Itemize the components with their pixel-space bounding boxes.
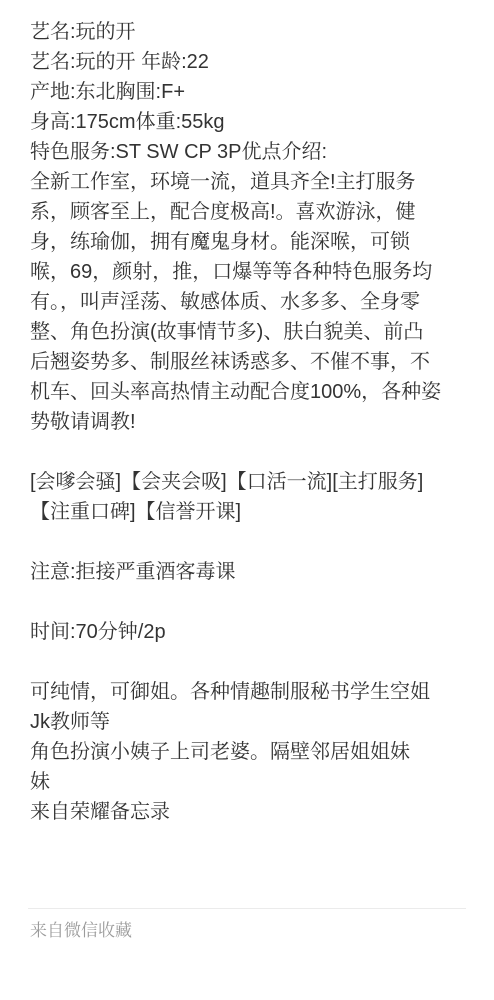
note-line: 身，练瑜伽，拥有魔鬼身材。能深喉，可锁	[30, 227, 472, 257]
note-line: 势敬请调教!	[30, 407, 472, 437]
note-line: 艺名:玩的开 年龄:22	[30, 47, 472, 77]
note-line	[30, 647, 472, 677]
note-line: 艺名:玩的开	[30, 17, 472, 47]
note-content: 艺名:玩的开艺名:玩的开 年龄:22产地:东北胸围:F+身高:175cm体重:5…	[30, 17, 472, 827]
source-label: 来自微信收藏	[30, 920, 132, 942]
note-line: 角色扮演小姨子上司老婆。隔壁邻居姐姐妹	[30, 737, 472, 767]
note-line: 后翘姿势多、制服丝袜诱惑多、不催不事，不	[30, 347, 472, 377]
note-screen: 艺名:玩的开艺名:玩的开 年龄:22产地:东北胸围:F+身高:175cm体重:5…	[0, 0, 494, 1000]
note-line	[30, 527, 472, 557]
note-line: 可纯情，可御姐。各种情趣制服秘书学生空姐	[30, 677, 472, 707]
note-line: 【注重口碑]【信誉开课]	[30, 497, 472, 527]
note-line: [会嗲会骚]【会夹会吸]【口活一流][主打服务]	[30, 467, 472, 497]
note-line: 注意:拒接严重酒客毒课	[30, 557, 472, 587]
note-line: 特色服务:ST SW CP 3P优点介绍:	[30, 137, 472, 167]
note-line: 机车、回头率高热情主动配合度100%，各种姿	[30, 377, 472, 407]
note-line	[30, 587, 472, 617]
note-line: Jk教师等	[30, 707, 472, 737]
note-line: 身高:175cm体重:55kg	[30, 107, 472, 137]
note-line: 喉，69，颜射，推，口爆等等各种特色服务均	[30, 257, 472, 287]
note-line: 产地:东北胸围:F+	[30, 77, 472, 107]
note-line: 有。，叫声淫荡、敏感体质、水多多、全身零	[30, 287, 472, 317]
note-line	[30, 437, 472, 467]
note-line: 全新工作室，环境一流，道具齐全!主打服务	[30, 167, 472, 197]
note-line: 来自荣耀备忘录	[30, 797, 472, 827]
note-line: 整、角色扮演(故事情节多)、肤白貌美、前凸	[30, 317, 472, 347]
note-line: 时间:70分钟/2p	[30, 617, 472, 647]
note-line: 系，顾客至上，配合度极高!。喜欢游泳，健	[30, 197, 472, 227]
footer-divider	[28, 908, 466, 909]
note-line: 妹	[30, 767, 472, 797]
